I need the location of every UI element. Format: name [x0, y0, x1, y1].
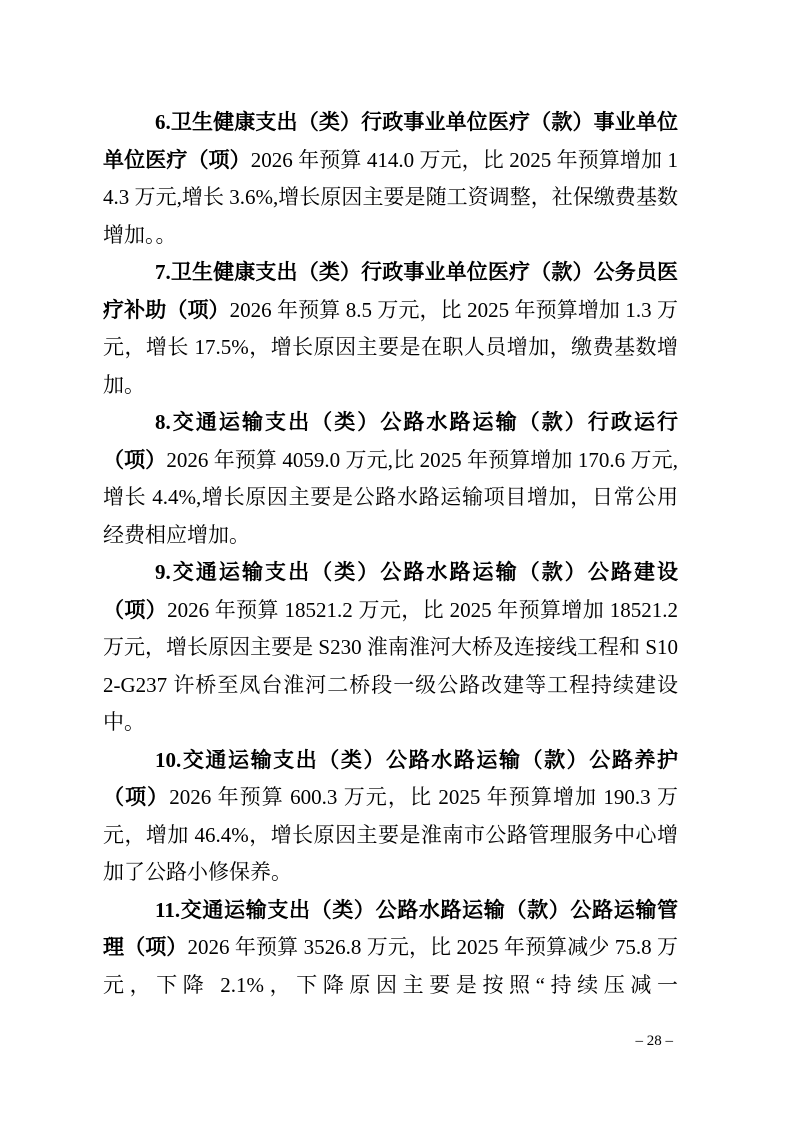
budget-paragraph-8: 8.交通运输支出（类）公路水路运输（款）行政运行（项）2026 年预算 4059… [103, 404, 678, 554]
page-number: – 28 – [636, 1031, 674, 1051]
budget-paragraph-7: 7.卫生健康支出（类）行政事业单位医疗（款）公务员医疗补助（项）2026 年预算… [103, 254, 678, 404]
budget-paragraph-6: 6.卫生健康支出（类）行政事业单位医疗（款）事业单位单位医疗（项）2026 年预… [103, 104, 678, 254]
document-body: 6.卫生健康支出（类）行政事业单位医疗（款）事业单位单位医疗（项）2026 年预… [103, 104, 678, 1004]
paragraph-11-text: 2026 年预算 3526.8 万元，比 2025 年预算减少 75.8 万元，… [103, 935, 678, 997]
document-page: 6.卫生健康支出（类）行政事业单位医疗（款）事业单位单位医疗（项）2026 年预… [0, 0, 793, 1122]
budget-paragraph-11: 11.交通运输支出（类）公路水路运输（款）公路运输管理（项）2026 年预算 3… [103, 892, 678, 1005]
paragraph-10-text: 2026 年预算 600.3 万元，比 2025 年预算增加 190.3 万元，… [103, 785, 678, 884]
budget-paragraph-10: 10.交通运输支出（类）公路水路运输（款）公路养护（项）2026 年预算 600… [103, 742, 678, 892]
paragraph-9-text: 2026 年预算 18521.2 万元，比 2025 年预算增加 18521.2… [103, 598, 678, 735]
paragraph-8-text: 2026 年预算 4059.0 万元,比 2025 年预算增加 170.6 万元… [103, 448, 678, 547]
budget-paragraph-9: 9.交通运输支出（类）公路水路运输（款）公路建设（项）2026 年预算 1852… [103, 554, 678, 742]
